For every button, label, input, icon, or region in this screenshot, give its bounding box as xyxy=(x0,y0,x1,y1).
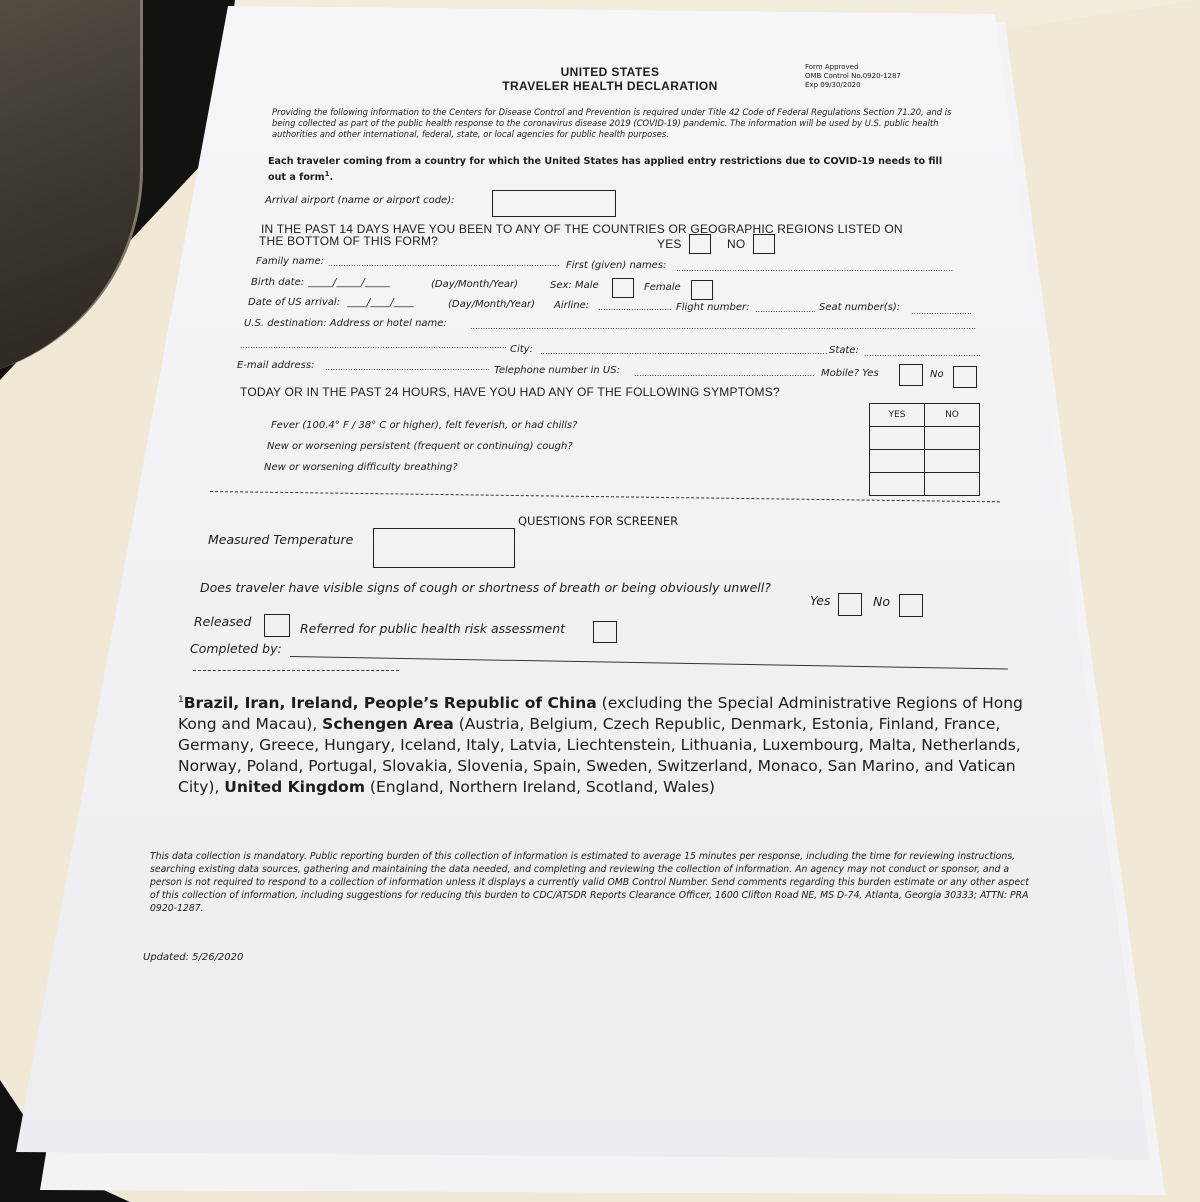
past14-yes-label: YES xyxy=(657,237,682,251)
sex-male-label: Sex: Male xyxy=(550,280,599,291)
arrival-airport-field[interactable] xyxy=(492,190,616,217)
visible-signs-yes-label: Yes xyxy=(810,593,830,608)
released-checkbox[interactable] xyxy=(264,614,290,637)
past14-no-checkbox[interactable] xyxy=(753,234,775,254)
referred-checkbox[interactable] xyxy=(593,621,617,643)
footnote-country-list: 1Brazil, Iran, Ireland, People’s Republi… xyxy=(178,690,1038,798)
intro-paragraph: Providing the following information to t… xyxy=(272,107,952,140)
visible-signs-yes-checkbox[interactable] xyxy=(838,593,862,616)
burden-statement: This data collection is mandatory. Publi… xyxy=(150,850,1030,915)
email-field[interactable]: ........................................… xyxy=(325,363,489,372)
cough-no-cell[interactable] xyxy=(925,450,980,473)
footnote-divider xyxy=(193,670,399,671)
symptom-breathing: New or worsening difficulty breathing? xyxy=(264,462,458,473)
omb-control-number: OMB Control No.0920-1287 xyxy=(805,72,901,81)
first-names-label: First (given) names: xyxy=(566,260,666,271)
omb-info: Form Approved OMB Control No.0920-1287 E… xyxy=(805,63,901,90)
city-field[interactable]: ........................................… xyxy=(540,347,828,356)
requirement-text: Each traveler coming from a country for … xyxy=(268,156,942,183)
breathing-no-cell[interactable] xyxy=(925,473,980,496)
cough-yes-cell[interactable] xyxy=(870,450,925,473)
footnote-text-3: (England, Northern Ireland, Scotland, Wa… xyxy=(365,778,715,796)
footnote-countries-1: Brazil, Iran, Ireland, People’s Republic… xyxy=(184,694,597,712)
fever-no-cell[interactable] xyxy=(925,427,980,450)
state-field[interactable]: ........................................… xyxy=(864,349,980,358)
sex-female-checkbox[interactable] xyxy=(691,280,713,300)
table-row xyxy=(870,450,980,473)
completed-by-field[interactable] xyxy=(290,656,1008,670)
birth-date-field[interactable]: _____/_____/_____ xyxy=(308,277,390,288)
screener-heading: QUESTIONS FOR SCREENER xyxy=(518,514,678,528)
seat-numbers-label: Seat number(s): xyxy=(819,302,900,313)
destination-label: U.S. destination: Address or hotel name: xyxy=(244,318,447,329)
flight-number-field[interactable]: .............................. xyxy=(755,305,815,314)
symptom-fever: Fever (100.4° F / 38° C or higher), felt… xyxy=(271,420,577,431)
temperature-field[interactable] xyxy=(373,528,515,568)
birth-date-format: (Day/Month/Year) xyxy=(431,279,518,290)
temperature-label: Measured Temperature xyxy=(208,532,353,547)
us-arrival-label: Date of US arrival: xyxy=(248,297,340,308)
flight-number-label: Flight number: xyxy=(676,302,750,313)
col-no: NO xyxy=(925,404,980,427)
table-row xyxy=(870,473,980,496)
sex-male-checkbox[interactable] xyxy=(612,278,634,298)
breathing-yes-cell[interactable] xyxy=(870,473,925,496)
us-arrival-field[interactable]: ____/____/____ xyxy=(347,297,414,308)
completed-by-label: Completed by: xyxy=(190,641,282,656)
email-label: E-mail address: xyxy=(237,360,314,371)
fever-yes-cell[interactable] xyxy=(870,427,925,450)
mobile-yes-label: Mobile? Yes xyxy=(821,368,879,379)
mobile-no-checkbox[interactable] xyxy=(953,366,977,388)
mobile-no-label: No xyxy=(930,369,944,380)
released-label: Released xyxy=(194,614,251,629)
symptom-cough: New or worsening persistent (frequent or… xyxy=(267,441,573,452)
birth-date-label: Birth date: xyxy=(251,277,304,288)
requirement-end: . xyxy=(330,172,334,183)
first-names-field[interactable]: ........................................… xyxy=(676,264,954,273)
seat-numbers-field[interactable]: .............................. xyxy=(911,307,971,316)
form-title: UNITED STATES TRAVELER HEALTH DECLARATIO… xyxy=(490,65,730,93)
destination-address-field[interactable]: ........................................… xyxy=(470,322,976,331)
footnote-uk: United Kingdom xyxy=(224,778,365,796)
destination-address-field-2[interactable]: ........................................… xyxy=(240,341,506,350)
arrival-airport-label: Arrival airport (name or airport code): xyxy=(265,195,454,206)
us-arrival-format: (Day/Month/Year) xyxy=(448,299,535,310)
traveler-health-declaration-form: UNITED STATES TRAVELER HEALTH DECLARATIO… xyxy=(0,0,1200,1202)
updated-date: Updated: 5/26/2020 xyxy=(143,952,243,963)
footnote-schengen: Schengen Area xyxy=(322,715,454,733)
symptoms-question: TODAY OR IN THE PAST 24 HOURS, HAVE YOU … xyxy=(240,385,780,399)
visible-signs-no-label: No xyxy=(873,594,890,609)
telephone-label: Telephone number in US: xyxy=(494,365,620,376)
family-name-label: Family name: xyxy=(256,256,324,267)
family-name-field[interactable]: ........................................… xyxy=(328,259,560,268)
title-line-2: TRAVELER HEALTH DECLARATION xyxy=(490,79,730,93)
requirement-statement: Each traveler coming from a country for … xyxy=(268,156,958,184)
referred-label: Referred for public health risk assessme… xyxy=(300,621,565,636)
past14-yes-checkbox[interactable] xyxy=(689,234,711,254)
mobile-yes-checkbox[interactable] xyxy=(899,364,923,386)
omb-expiry: Exp 09/30/2020 xyxy=(805,81,901,90)
omb-approved: Form Approved xyxy=(805,63,901,72)
airline-label: Airline: xyxy=(554,300,589,311)
col-yes: YES xyxy=(870,404,925,427)
city-label: City: xyxy=(510,344,533,355)
past14-question-line2: THE BOTTOM OF THIS FORM? xyxy=(259,234,438,248)
past14-no-label: NO xyxy=(727,237,745,251)
title-line-1: UNITED STATES xyxy=(490,65,730,79)
symptoms-table-header: YES NO xyxy=(870,404,980,427)
symptoms-table: YES NO xyxy=(869,403,980,496)
telephone-field[interactable]: ........................................… xyxy=(634,369,814,378)
sex-female-label: Female xyxy=(644,282,681,293)
state-label: State: xyxy=(829,345,859,356)
table-row xyxy=(870,427,980,450)
airline-field[interactable]: ..................................... xyxy=(598,303,672,312)
visible-signs-no-checkbox[interactable] xyxy=(899,594,923,617)
visible-signs-question: Does traveler have visible signs of coug… xyxy=(200,580,771,595)
